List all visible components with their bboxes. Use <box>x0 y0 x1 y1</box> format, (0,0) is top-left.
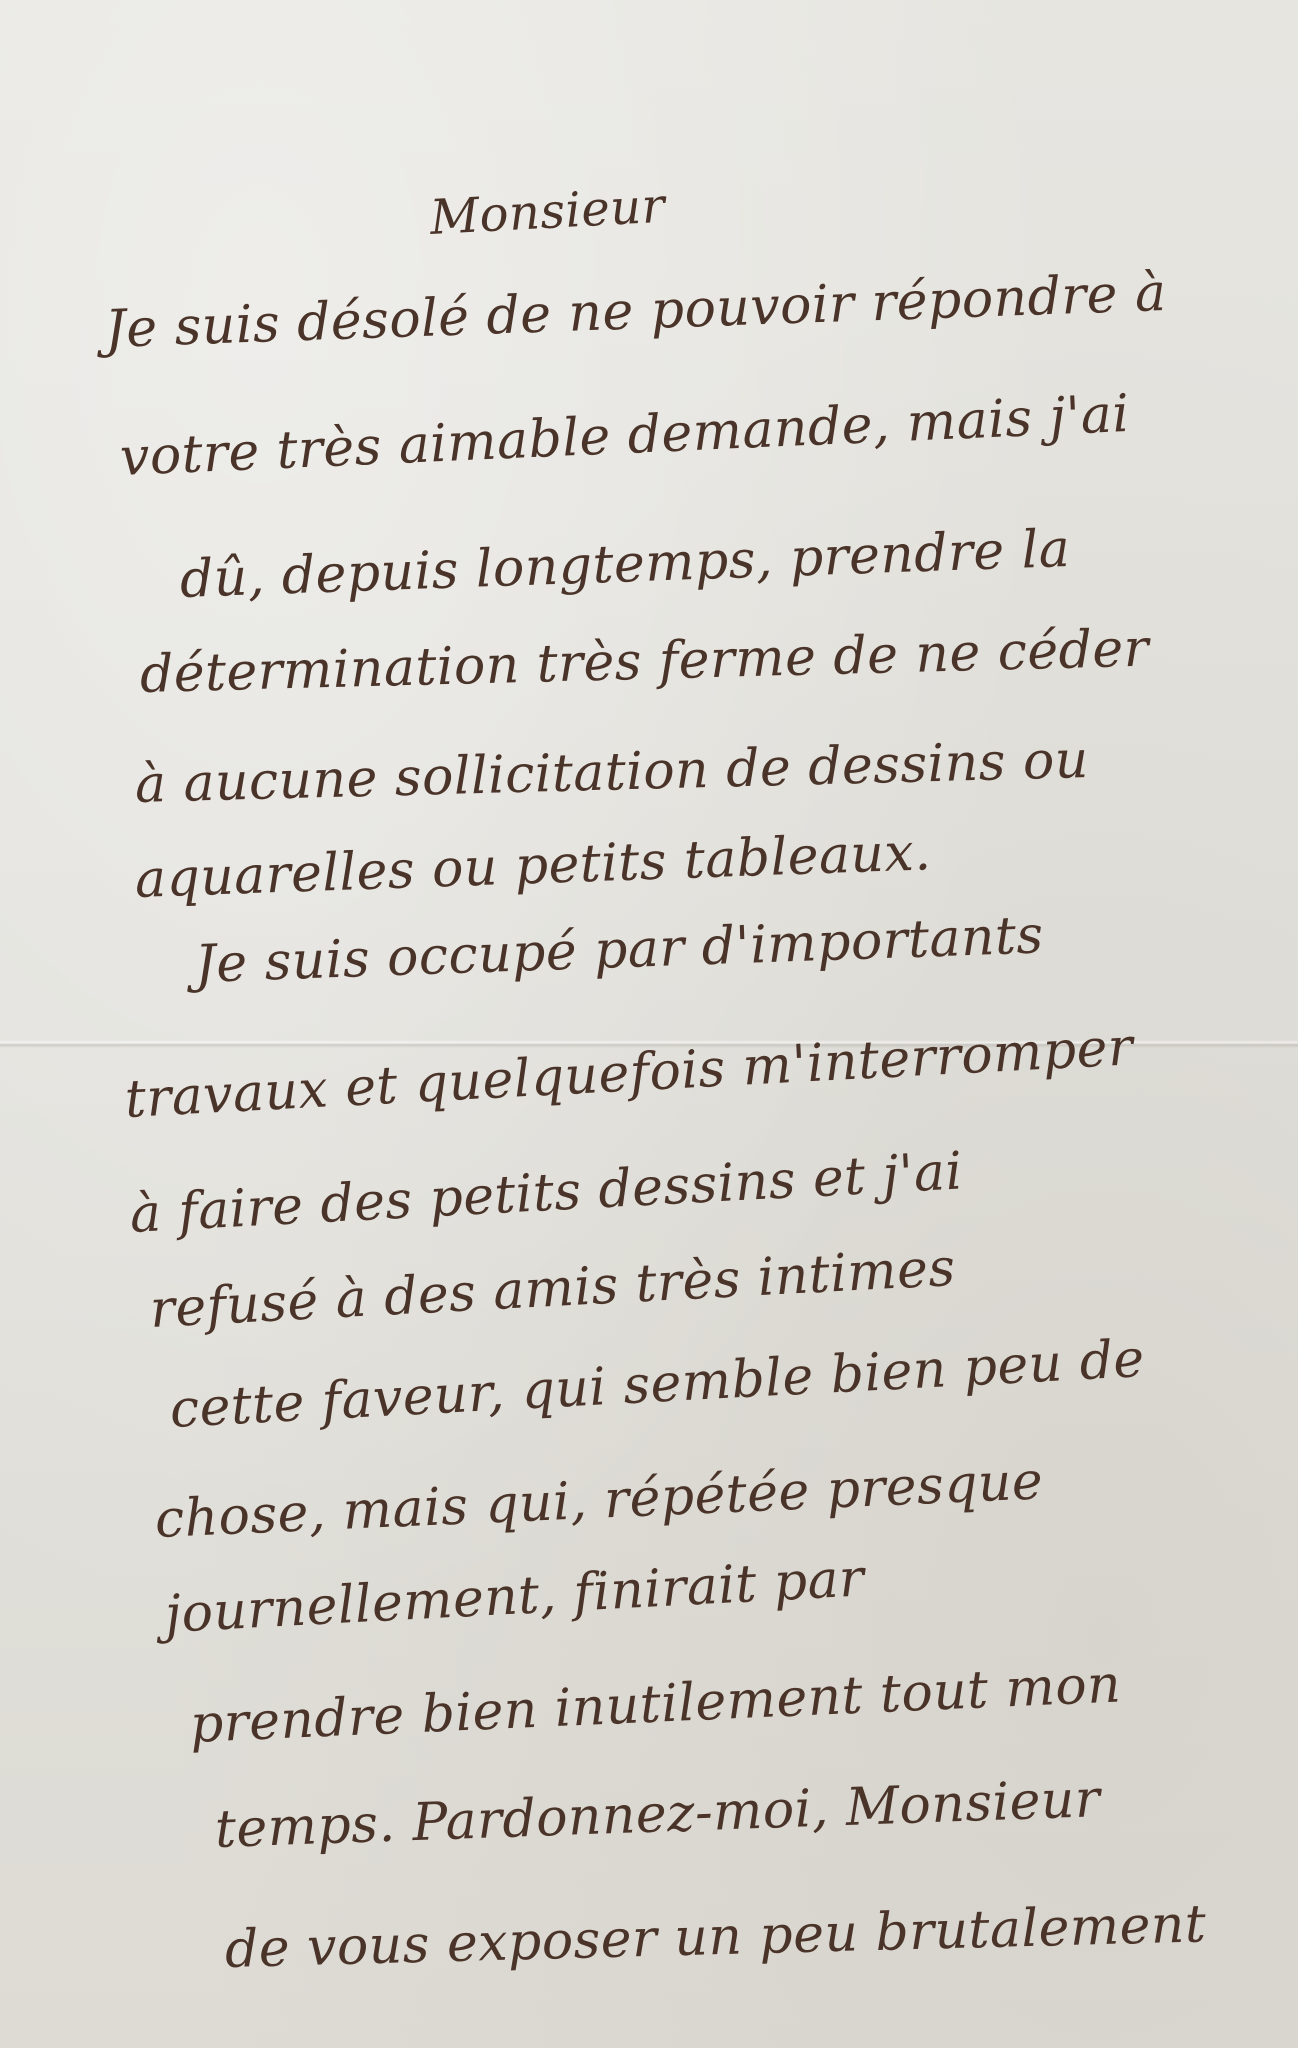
letter-line: chose, mais qui, répétée presque <box>154 1451 1045 1550</box>
letter-line: Je suis désolé de ne pouvoir répondre à <box>104 263 1167 360</box>
letter-line: votre très aimable demande, mais j'ai <box>119 384 1131 488</box>
letter-salutation: Monsieur <box>429 178 667 246</box>
letter-line: de vous exposer un peu brutalement <box>224 1894 1207 1980</box>
letter-line: temps. Pardonnez-moi, Monsieur <box>214 1769 1101 1860</box>
letter-line: refusé à des amis très intimes <box>148 1238 957 1340</box>
letter-line: travaux et quelquefois m'interromper <box>123 1017 1134 1130</box>
letter-line: détermination très ferme de ne céder <box>139 619 1150 705</box>
letter-line: dû, depuis longtemps, prendre la <box>179 519 1071 610</box>
letter-line: cette faveur, qui semble bien peu de <box>168 1329 1146 1440</box>
letter-line: aquarelles ou petits tableaux. <box>134 822 932 910</box>
letter-line: journellement, finirait par <box>163 1548 865 1645</box>
letter-line: prendre bien inutilement tout mon <box>189 1654 1123 1755</box>
letter-line-paragraph-start: Je suis occupé par d'importants <box>194 905 1044 995</box>
letter-line: à aucune sollicitation de dessins ou <box>134 730 1089 815</box>
letter-page: Monsieur Je suis désolé de ne pouvoir ré… <box>0 0 1298 2048</box>
letter-line: à faire des petits dessins et j'ai <box>128 1141 964 1245</box>
